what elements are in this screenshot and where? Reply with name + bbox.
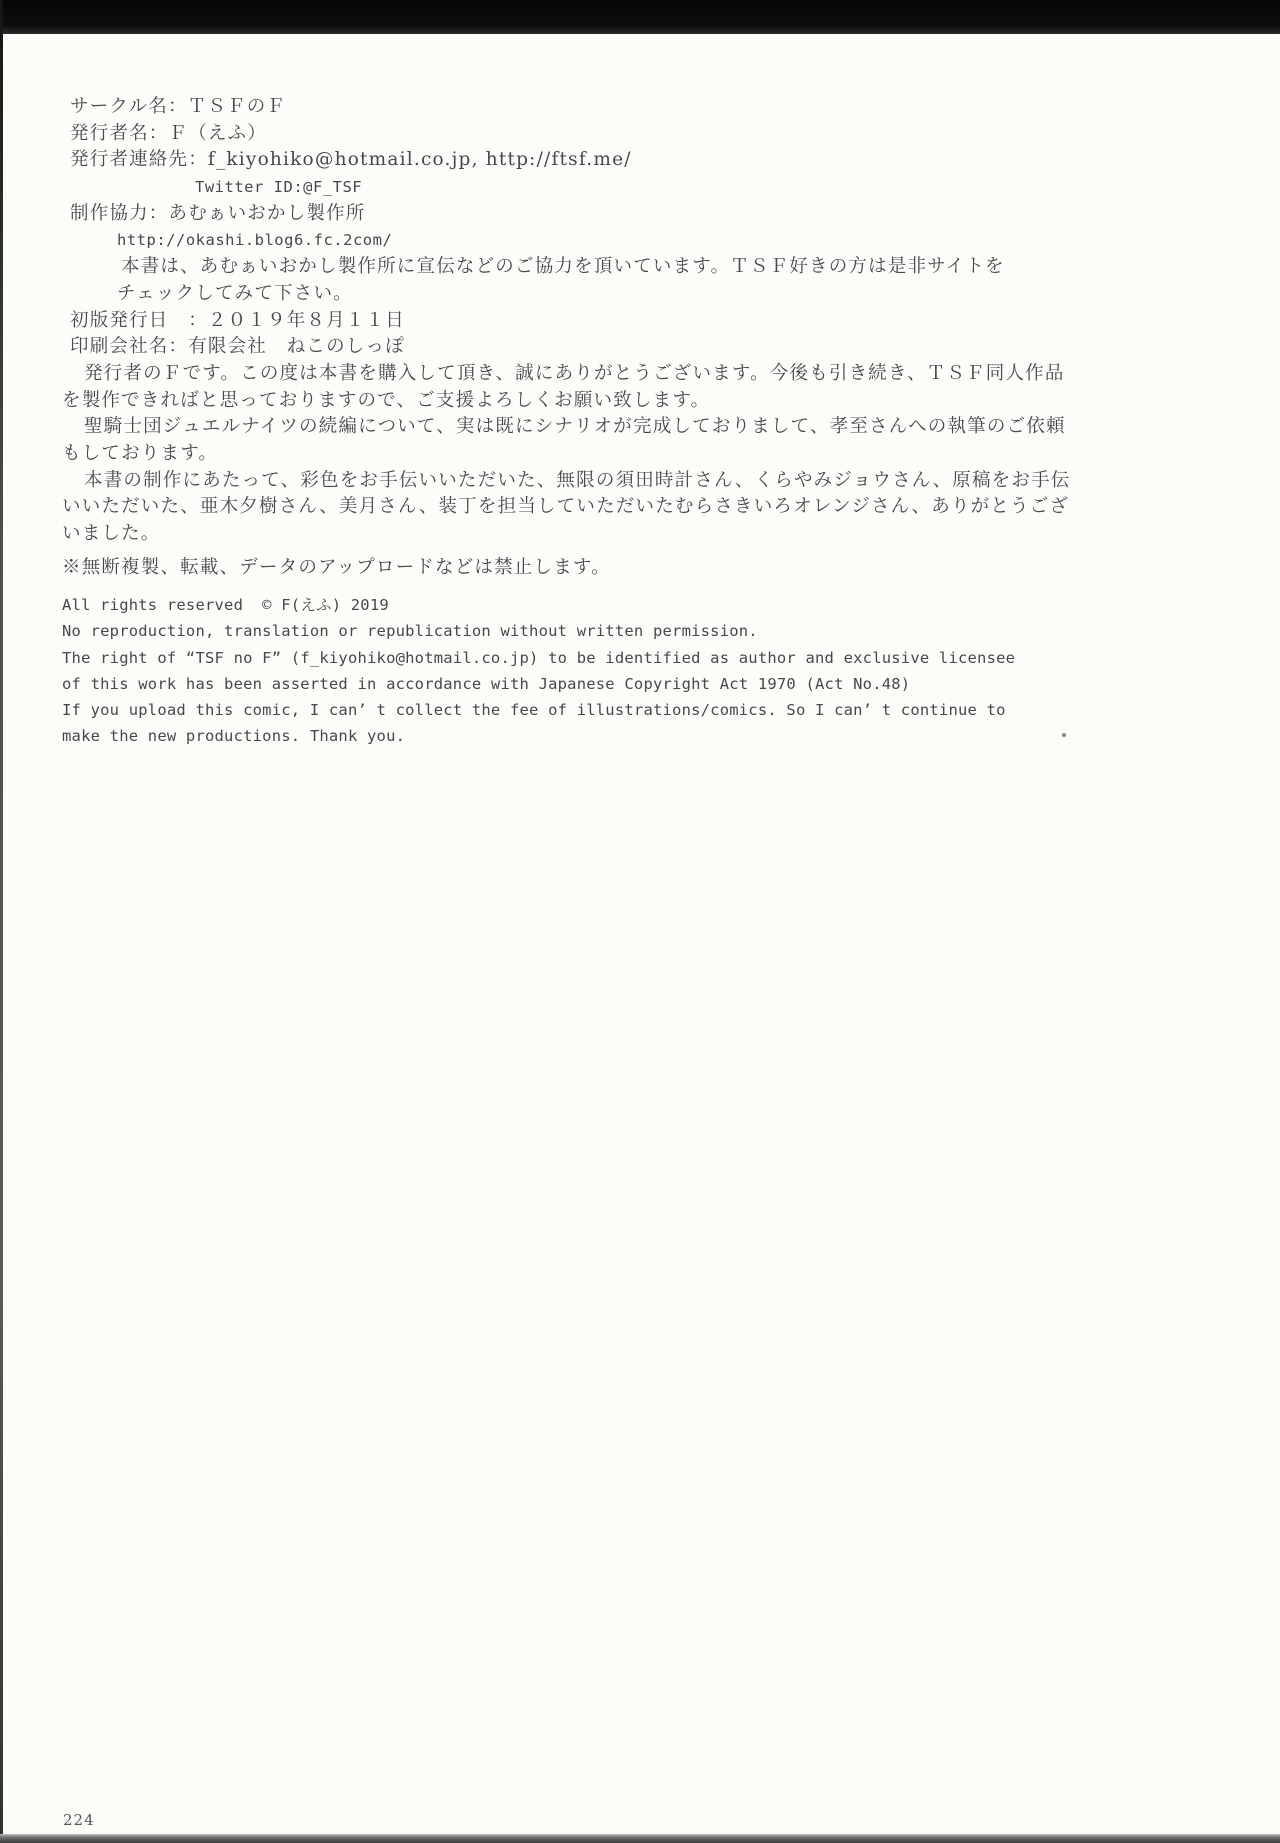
copyright-line-2: No reproduction, translation or republic…: [62, 618, 1072, 644]
scan-top-edge: [0, 0, 1280, 34]
publisher-contact-line: 発行者連絡先：f_kiyohiko@hotmail.co.jp, http://…: [62, 147, 1072, 174]
colophon-content: サークル名：ＴＳＦのＦ 発行者名：Ｆ（えふ） 発行者連絡先：f_kiyohiko…: [62, 94, 1072, 749]
afterword-line-5: 本書の制作にあたって、彩色をお手伝いいただいた、無限の須田時計さん、くらやみジョ…: [62, 468, 1072, 495]
publisher-name-line: 発行者名：Ｆ（えふ）: [62, 121, 1072, 148]
page-number: 224: [63, 1811, 95, 1829]
copyright-line-5: If you upload this comic, I can’ t colle…: [62, 697, 1072, 723]
afterword-line-3: 聖騎士団ジュエルナイツの続編について、実は既にシナリオが完成しておりまして、孝至…: [62, 414, 1072, 441]
printing-company-line: 印刷会社名：有限会社 ねこのしっぽ: [62, 334, 1072, 361]
copyright-line-6: make the new productions. Thank you.: [62, 723, 1072, 749]
copyright-block: All rights reserved © F(えふ) 2019 No repr…: [62, 592, 1072, 749]
copyright-line-3: The right of “TSF no F” (f_kiyohiko@hotm…: [62, 645, 1072, 671]
scan-bottom-edge: [0, 1834, 1280, 1843]
cooperation-url-line: http://okashi.blog6.fc.2com/: [62, 227, 1072, 254]
scanned-colophon-page: サークル名：ＴＳＦのＦ 発行者名：Ｆ（えふ） 発行者連絡先：f_kiyohiko…: [0, 0, 1280, 1843]
scan-left-edge: [0, 0, 3, 1843]
production-cooperation-line: 制作協力：あむぁいおかし製作所: [62, 201, 1072, 228]
cooperation-note-line-2: チェックしてみて下さい。: [62, 281, 1072, 308]
afterword-line-7: いました。: [62, 521, 1072, 548]
twitter-id-line: Twitter ID:@F_TSF: [62, 174, 1072, 201]
circle-name-line: サークル名：ＴＳＦのＦ: [62, 94, 1072, 121]
copyright-line-4: of this work has been asserted in accord…: [62, 671, 1072, 697]
afterword-line-2: を製作できればと思っておりますので、ご支援よろしくお願い致します。: [62, 388, 1072, 415]
cooperation-note-line-1: 本書は、あむぁいおかし製作所に宣伝などのご協力を頂いています。ＴＳＦ好きの方は是…: [62, 254, 1072, 281]
copyright-line-1: All rights reserved © F(えふ) 2019: [62, 592, 1072, 618]
prohibition-note: ※無断複製、転載、データのアップロードなどは禁止します。: [62, 555, 1072, 582]
afterword-line-4: もしております。: [62, 441, 1072, 468]
afterword-line-6: いいただいた、亜木夕樹さん、美月さん、装丁を担当していただいたむらさきいろオレン…: [62, 494, 1072, 521]
afterword-line-1: 発行者のＦです。この度は本書を購入して頂き、誠にありがとうございます。今後も引き…: [62, 361, 1072, 388]
first-edition-date-line: 初版発行日 ：２０１９年８月１１日: [62, 308, 1072, 335]
ink-speck: [1062, 733, 1066, 737]
